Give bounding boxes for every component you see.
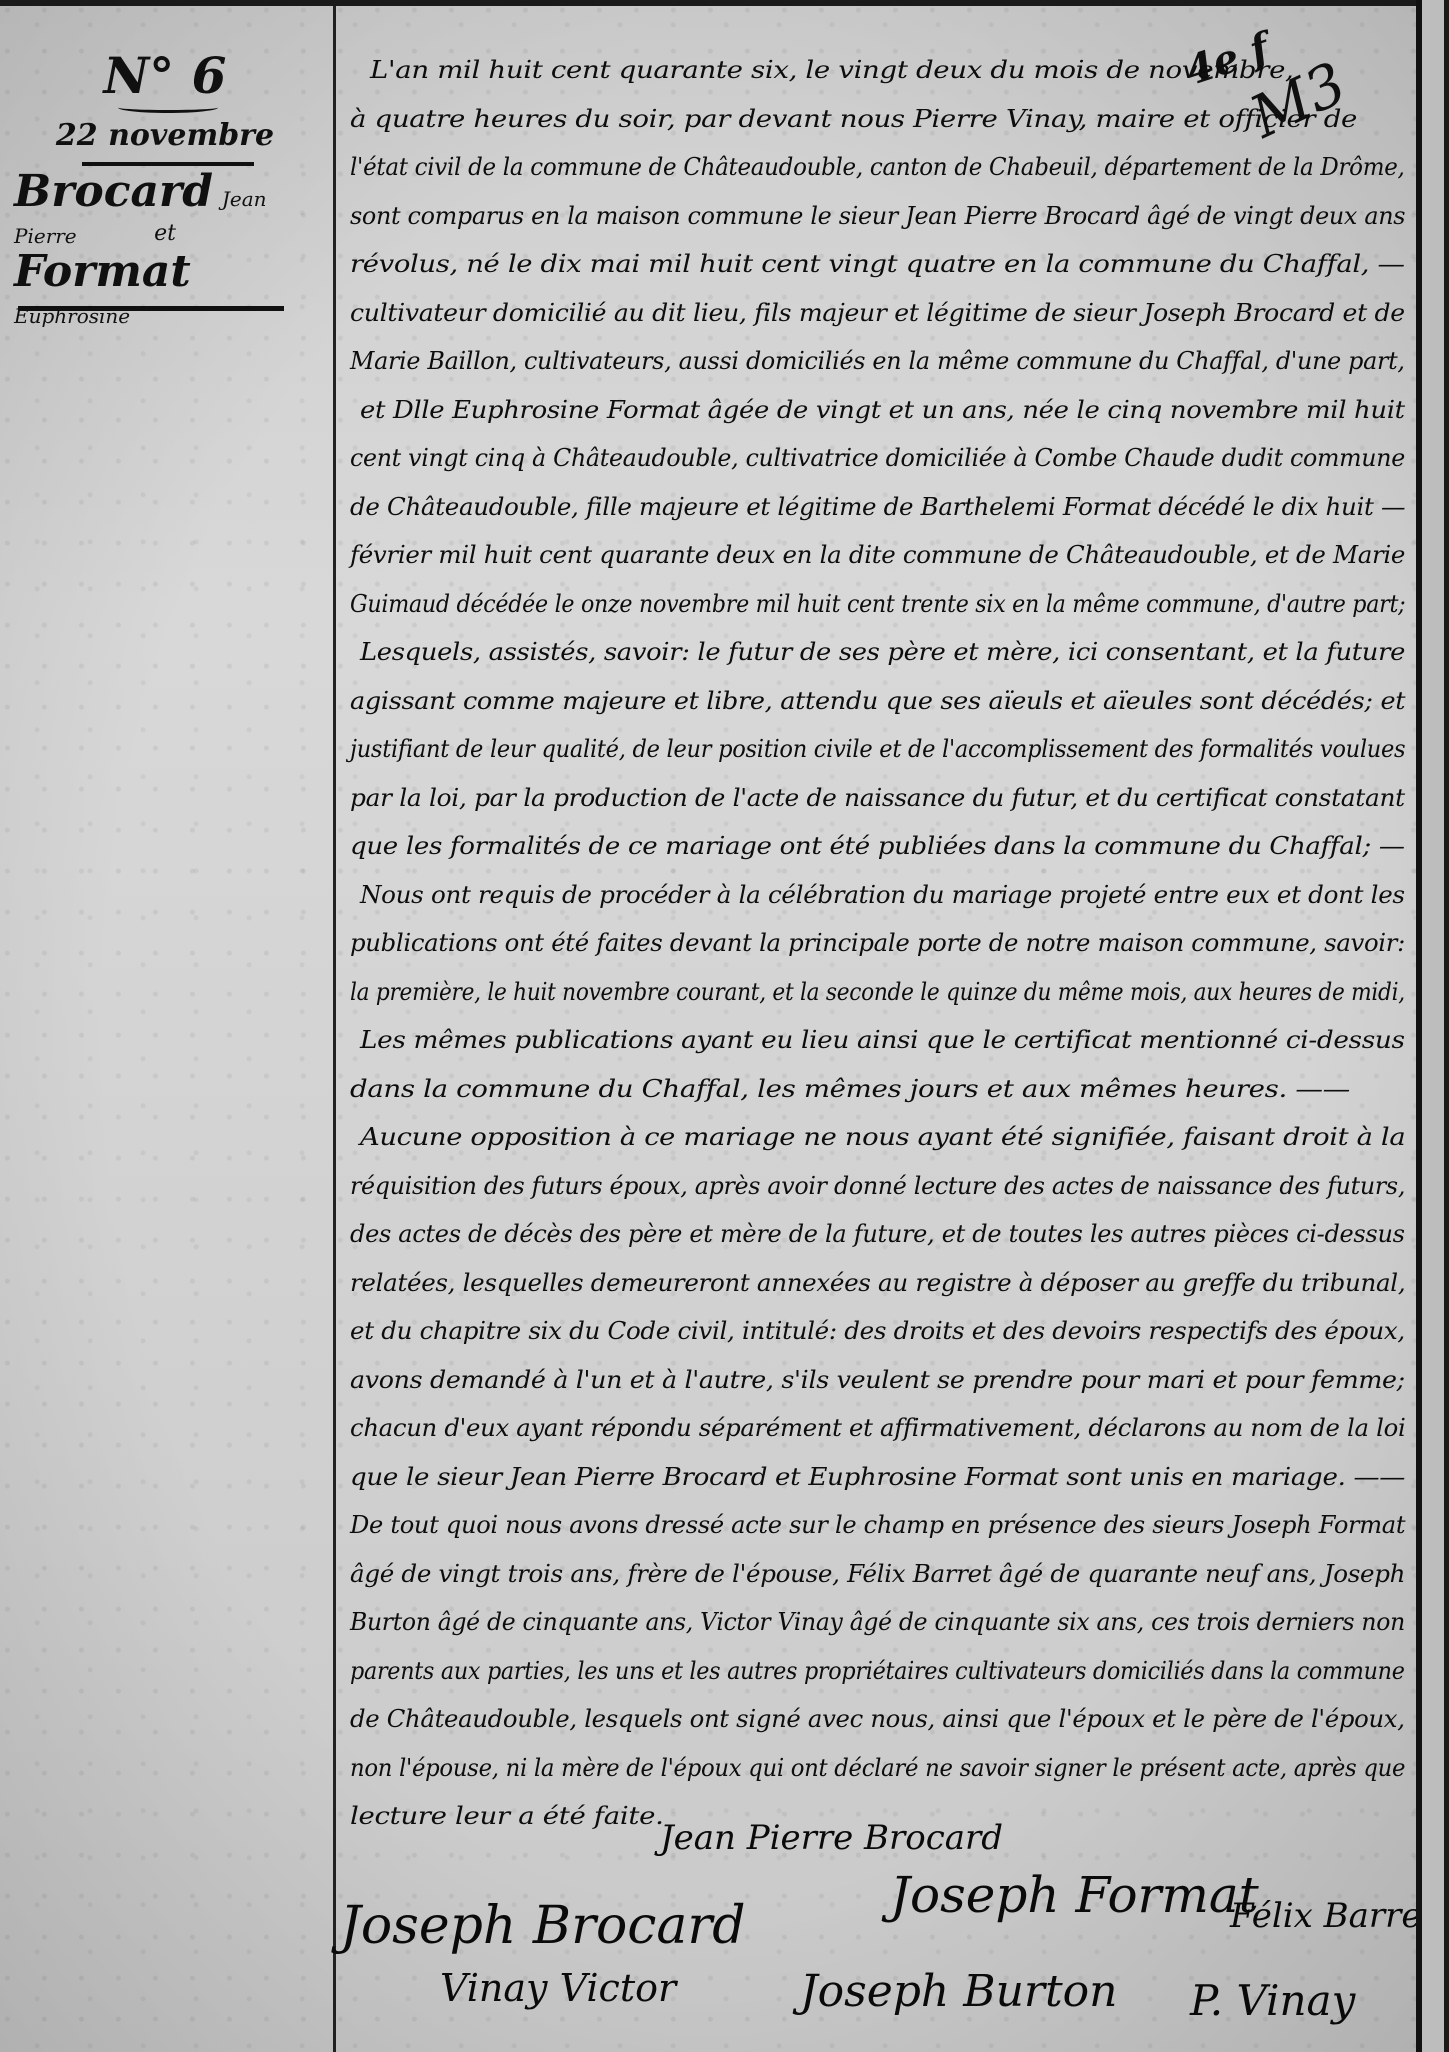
body-line: Marie Baillon, cultivateurs, aussi domic…: [350, 347, 1405, 375]
body-line: que le sieur Jean Pierre Brocard et Euph…: [350, 1463, 1405, 1491]
signature-father: Joseph Brocard: [340, 1896, 746, 1956]
body-line: la première, le huit novembre courant, e…: [350, 978, 1405, 1006]
body-line: que les formalités de ce mariage ont été…: [350, 832, 1405, 860]
body-line: par la loi, par la production de l'acte …: [350, 784, 1405, 812]
groom-surname: Brocard: [14, 166, 213, 217]
body-line: et du chapitre six du Code civil, intitu…: [350, 1317, 1405, 1345]
binding-edge: [1416, 0, 1449, 2052]
body-line: Guimaud décédée le onze novembre mil hui…: [350, 590, 1405, 618]
body-line: dans la commune du Chaffal, les mêmes jo…: [350, 1075, 1350, 1103]
signatures-block: Jean Pierre Brocard Joseph Brocard Josep…: [330, 1826, 1410, 2046]
body-line: révolus, né le dix mai mil huit cent vin…: [350, 250, 1405, 278]
body-line: l'état civil de la commune de Châteaudou…: [350, 153, 1405, 181]
body-line: sont comparus en la maison commune le si…: [350, 202, 1405, 230]
body-line: cent vingt cinq à Châteaudouble, cultiva…: [350, 444, 1405, 472]
body-line: avons demandé à l'un et à l'autre, s'ils…: [350, 1366, 1405, 1394]
body-line: parents aux parties, les uns et les autr…: [350, 1657, 1405, 1685]
body-line: réquisition des futurs époux, après avoi…: [350, 1172, 1405, 1200]
act-date: 22 novembre: [0, 118, 330, 153]
conjunction: et: [0, 221, 330, 246]
bride-name: Format Euphrosine: [14, 246, 314, 330]
body-line: non l'épouse, ni la mère de l'époux qui …: [350, 1754, 1405, 1782]
body-line: De tout quoi nous avons dressé acte sur …: [350, 1511, 1405, 1539]
signature-groom: Jean Pierre Brocard: [660, 1818, 1003, 1858]
body-line: Nous ont requis de procéder à la célébra…: [360, 881, 1405, 909]
signature-mayor: P. Vinay: [1190, 1976, 1355, 2025]
bride-surname: Format: [14, 246, 191, 297]
body-line: et Dlle Euphrosine Format âgée de vingt …: [360, 396, 1405, 424]
body-line: de Châteaudouble, fille majeure et légit…: [350, 493, 1405, 521]
body-line: âgé de vingt trois ans, frère de l'épous…: [350, 1560, 1405, 1588]
body-line: Lesquels, assistés, savoir: le futur de …: [360, 638, 1405, 666]
act-number: N° 6: [0, 46, 330, 105]
body-line: à quatre heures du soir, par devant nous…: [350, 105, 1357, 133]
body-line: Burton âgé de cinquante ans, Victor Vina…: [350, 1608, 1405, 1636]
body-line: cultivateur domicilié au dit lieu, fils …: [350, 299, 1405, 327]
body-line: février mil huit cent quarante deux en l…: [350, 541, 1405, 569]
signature-witness-barret: Félix Barret: [1230, 1896, 1416, 1936]
signature-witness-burton: Joseph Burton: [800, 1966, 1117, 2017]
margin-divider: [333, 6, 336, 2052]
signature-witness-format: Joseph Format: [890, 1866, 1259, 1924]
body-line: Les mêmes publications ayant eu lieu ain…: [360, 1026, 1405, 1054]
body-line: publications ont été faites devant la pr…: [350, 929, 1405, 957]
act-number-underline: [118, 102, 218, 113]
signature-witness-vinay-victor: Vinay Victor: [440, 1966, 676, 2010]
register-page: N° 6 22 novembre Brocard Jean Pierre et …: [0, 6, 1416, 2052]
margin-underline: [18, 306, 284, 311]
body-line: justifiant de leur qualité, de leur posi…: [350, 735, 1405, 763]
body-line: de Châteaudouble, lesquels ont signé ave…: [350, 1705, 1405, 1733]
body-line: Aucune opposition à ce mariage ne nous a…: [360, 1123, 1405, 1151]
body-line: L'an mil huit cent quarante six, le ving…: [370, 56, 1293, 84]
body-line: chacun d'eux ayant répondu séparément et…: [350, 1414, 1405, 1442]
body-line: agissant comme majeure et libre, attendu…: [350, 687, 1405, 715]
body-line: des actes de décès des père et mère de l…: [350, 1220, 1405, 1248]
body-line: relatées, lesquelles demeureront annexée…: [350, 1269, 1405, 1297]
